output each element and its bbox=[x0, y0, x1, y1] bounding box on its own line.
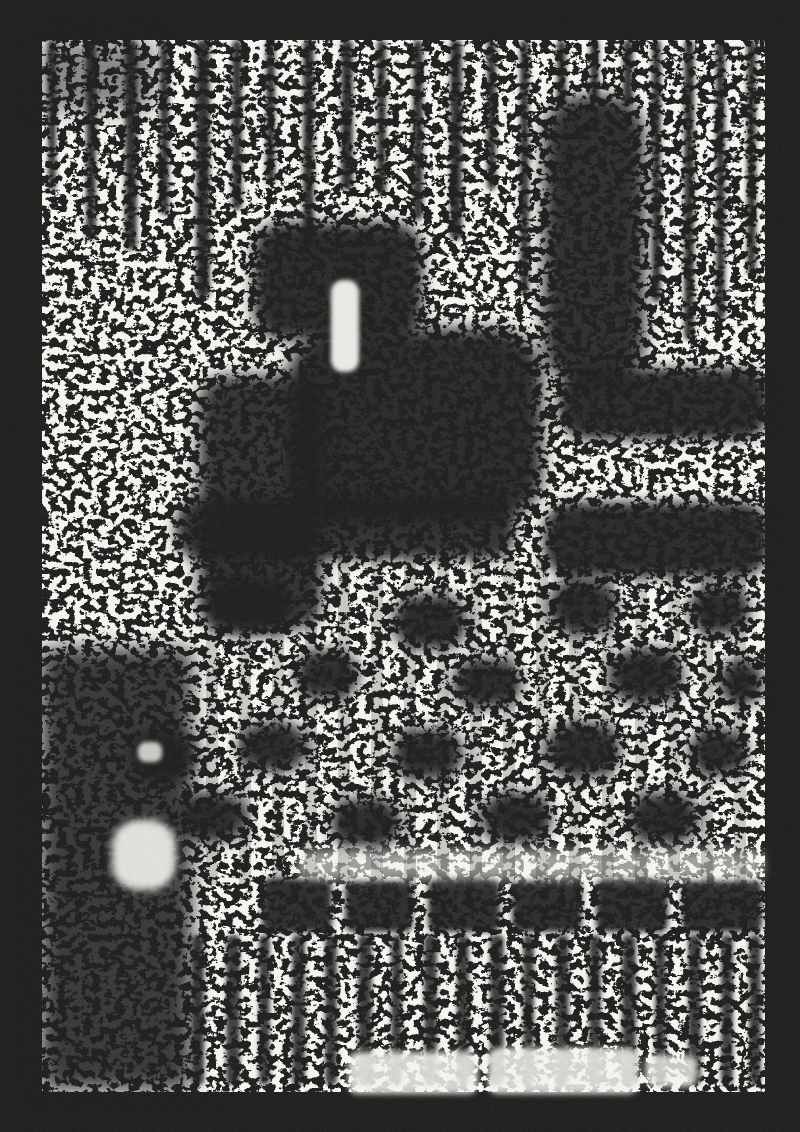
dark-blob bbox=[345, 880, 413, 932]
dark-blob bbox=[682, 880, 762, 932]
tree-stripe bbox=[196, 40, 210, 298]
dark-blob bbox=[512, 880, 582, 932]
tree-stripe bbox=[86, 40, 96, 240]
bottom-stripe bbox=[192, 935, 204, 1085]
tree-stripe bbox=[413, 40, 423, 220]
bottom-stripe bbox=[325, 935, 337, 1085]
bottom-stripe bbox=[292, 935, 305, 1085]
bright-highlight bbox=[138, 742, 162, 762]
tree-stripe bbox=[520, 40, 529, 295]
bright-highlight bbox=[645, 1055, 697, 1087]
tree-stripe bbox=[590, 40, 599, 100]
tree-stripe bbox=[377, 40, 386, 195]
dark-blob bbox=[428, 878, 500, 932]
tree-stripe bbox=[652, 40, 661, 302]
dark-blob bbox=[262, 878, 332, 932]
tree-stripe bbox=[684, 40, 694, 340]
tree-stripe bbox=[303, 40, 314, 248]
bottom-stripe bbox=[721, 935, 733, 1085]
dark-blob bbox=[175, 498, 515, 560]
dark-blob bbox=[40, 40, 155, 112]
wall-stripe-texture bbox=[185, 555, 765, 885]
dark-blob bbox=[558, 368, 770, 440]
bright-highlight bbox=[348, 1052, 478, 1094]
tree-stripe bbox=[160, 40, 169, 215]
tree-stripe bbox=[341, 40, 353, 190]
dark-blob bbox=[288, 328, 543, 523]
bright-highlight bbox=[488, 1048, 638, 1094]
tree-stripe bbox=[557, 40, 566, 106]
tree-stripe bbox=[487, 40, 496, 190]
dark-blob bbox=[596, 878, 668, 932]
bottom-stripe bbox=[749, 935, 761, 1085]
tree-stripe bbox=[450, 40, 462, 240]
tree-stripe bbox=[48, 40, 56, 190]
bright-highlight bbox=[112, 820, 176, 890]
dark-blob bbox=[543, 95, 645, 385]
bottom-stripe bbox=[259, 935, 270, 1085]
tree-stripe bbox=[232, 40, 242, 210]
tree-stripe bbox=[266, 40, 275, 185]
bottom-stripe bbox=[226, 935, 240, 1085]
bright-highlight bbox=[331, 280, 359, 372]
tree-stripe bbox=[716, 40, 725, 320]
tree-stripe bbox=[125, 40, 137, 250]
tree-stripe bbox=[747, 40, 756, 275]
tree-stripe bbox=[623, 40, 633, 106]
degraded-photo-screenshot bbox=[0, 0, 800, 1132]
